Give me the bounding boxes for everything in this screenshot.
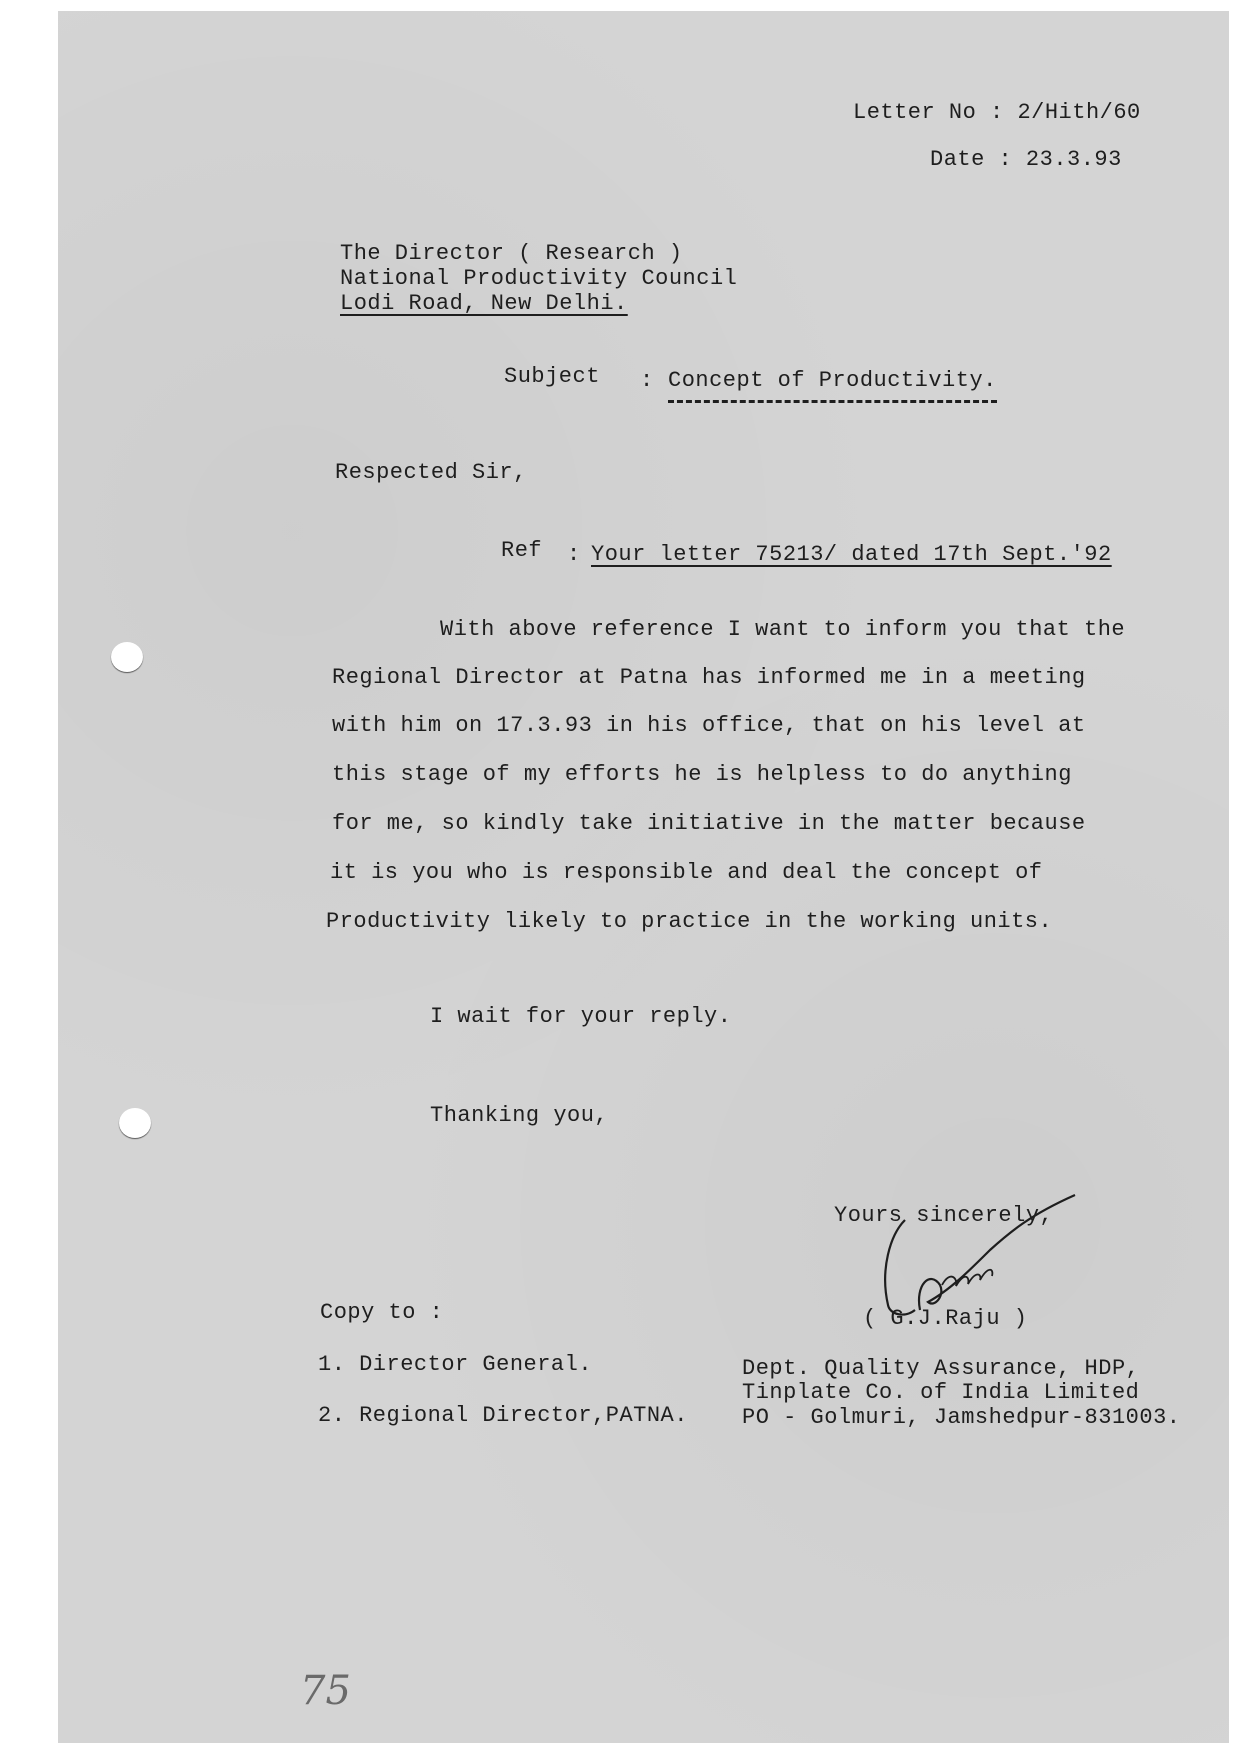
closing-request: I wait for your reply. [430,1006,731,1028]
sender-address-line: Dept. Quality Assurance, HDP, [742,1358,1139,1380]
copy-to-label: Copy to : [320,1302,443,1324]
sender-address-line: PO - Golmuri, Jamshedpur-831003. [742,1407,1180,1429]
addressee-line-2: National Productivity Council [340,268,737,290]
body-line: this stage of my efforts he is helpless … [332,764,1072,786]
body-line: Regional Director at Patna has informed … [332,667,1086,689]
copy-to-item: 2. Regional Director,PATNA. [318,1405,688,1427]
body-line: Productivity likely to practice in the w… [326,911,1052,933]
copy-to-item: 1. Director General. [318,1354,592,1376]
page-number-annotation: 75 [300,1668,351,1714]
separator: : [990,100,1004,125]
body-line: for me, so kindly take initiative in the… [332,813,1086,835]
subject-label: Subject [504,366,600,388]
subject-value: Concept of Productivity. [668,370,997,403]
date-label: Date [930,147,985,172]
signatory-name: ( G.J.Raju ) [863,1308,1027,1330]
separator: : [999,147,1013,172]
reference-value: Your letter 75213/ dated 17th Sept.'92 [591,544,1112,566]
reference-label: Ref [501,540,542,562]
body-line: it is you who is responsible and deal th… [330,862,1043,884]
body-line: with him on 17.3.93 in his office, that … [332,715,1086,737]
addressee-line-1: The Director ( Research ) [340,243,683,265]
date-value: 23.3.93 [1026,147,1122,172]
salutation: Respected Sir, [335,462,527,484]
letter-number-value: 2/Hith/60 [1017,100,1140,125]
body-line: With above reference I want to inform yo… [440,619,1125,641]
separator: : [567,544,581,566]
punch-hole [119,1108,151,1138]
separator: : [640,370,654,392]
addressee-line-3: Lodi Road, New Delhi. [340,293,628,315]
letter-date: Date : 23.3.93 [930,149,1122,171]
letter-number-label: Letter No [853,100,976,125]
thanks: Thanking you, [430,1105,608,1127]
letter-number: Letter No : 2/Hith/60 [853,102,1141,124]
sender-address-line: Tinplate Co. of India Limited [742,1382,1139,1404]
punch-hole [111,642,143,672]
